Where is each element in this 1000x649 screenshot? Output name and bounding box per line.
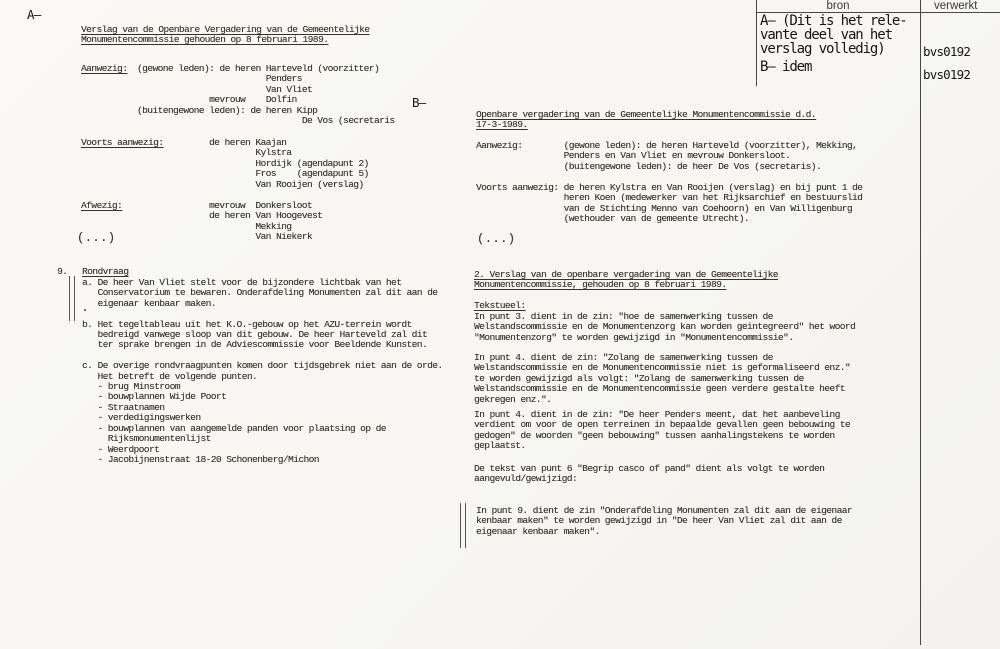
right-omission-ellipsis: (...) (477, 234, 516, 244)
handwritten-note-a: A— (Dit is het rele- vante deel van het … (760, 15, 907, 56)
left-margin-dot (84, 309, 86, 311)
left-omission-ellipsis: (...) (77, 233, 116, 243)
handwritten-note-b: B— idem (760, 61, 811, 75)
amendment-paragraph-punt3: In punt 3. dient in de zin: "hoe de same… (474, 312, 855, 343)
rondvraag-number: 9. (57, 267, 67, 277)
rondvraag-body: a. De heer Van Vliet stelt voor de bijzo… (82, 278, 443, 465)
left-afwezig-body: mevrouw Donkersloot de heren Van Hoogeve… (209, 201, 322, 243)
marker-b: B— (412, 96, 425, 110)
verwerkt-code-2: bvs0192 (923, 68, 970, 82)
verwerkt-column-label: verwerkt (934, 0, 977, 12)
scanned-document-page: bron verwerkt A— (Dit is het rele- vante… (0, 0, 1000, 649)
left-voorts-aanwezig-body: de heren Kaajan Kylstra Hordijk (agendap… (209, 138, 369, 190)
right-section-title: 2. Verslag van de openbare vergadering v… (474, 270, 778, 291)
verwerkt-code-1: bvs0192 (923, 45, 970, 59)
left-afwezig-label: Afwezig: (81, 201, 122, 211)
amendment-paragraph-punt4a: In punt 4. dient de zin: "Zolang de same… (474, 353, 850, 405)
left-aanwezig-label: Aanwezig: (81, 64, 127, 74)
right-aanwezig-block: Aanwezig: (gewone leden): de heren Harte… (476, 141, 857, 172)
left-document-title: Verslag van de Openbare Vergadering van … (81, 25, 369, 46)
verwerkt-column-rule (920, 0, 921, 645)
amendment-paragraph-punt4b: In punt 4. dient in de zin: "De heer Pen… (474, 410, 850, 452)
tekstueel-label: Tekstueel: (474, 301, 526, 311)
marker-a: A— (27, 8, 40, 22)
left-voorts-aanwezig-label: Voorts aanwezig: (81, 138, 163, 148)
right-document-title: Openbare vergadering van de Gemeentelijk… (476, 110, 816, 131)
amendment-paragraph-punt6: De tekst van punt 6 "Begrip casco of pan… (474, 464, 824, 485)
amendment-paragraph-punt9: In punt 9. dient de zin "Onderafdeling M… (476, 506, 852, 537)
left-aanwezig-body: (gewone leden): de heren Harteveld (voor… (137, 64, 395, 126)
left-margin-emphasis-mark (69, 276, 75, 321)
right-voorts-aanwezig-block: Voorts aanwezig: de heren Kylstra en Van… (476, 183, 862, 225)
bron-column-label: bron (756, 0, 920, 12)
right-margin-emphasis-mark (460, 503, 466, 548)
rondvraag-title: Rondvraag (82, 267, 128, 277)
